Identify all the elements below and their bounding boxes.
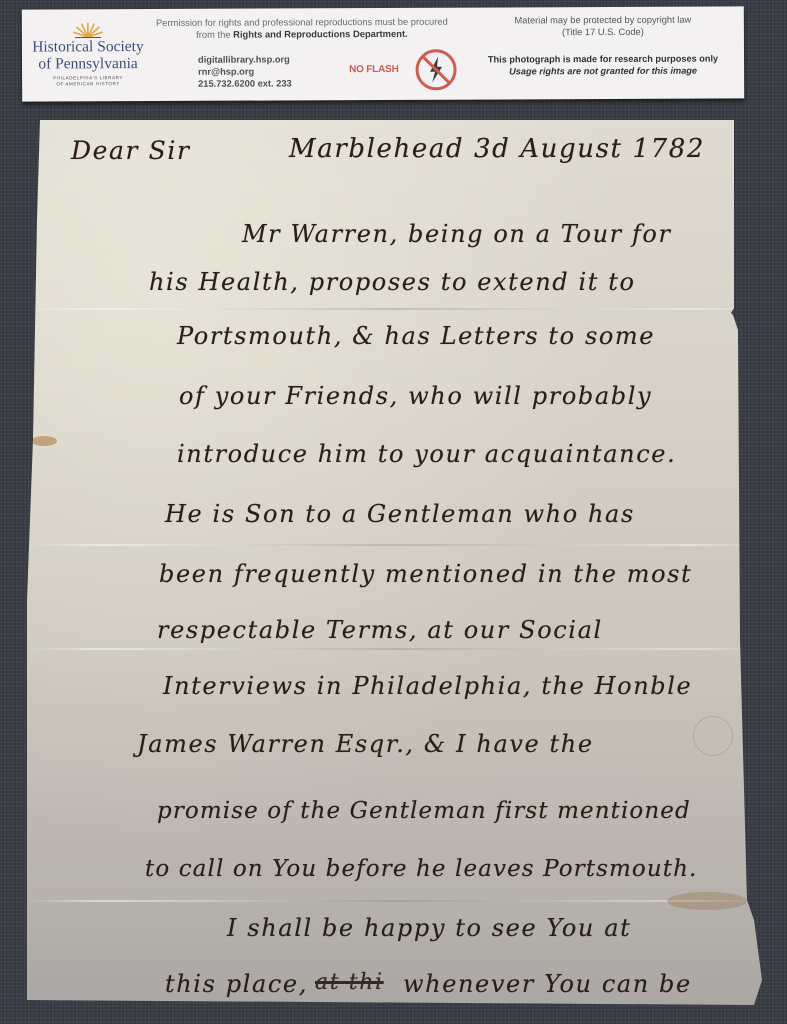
copyright-line2: (Title 17 U.S. Code) [472,25,734,38]
letter-line: He is Son to a Gentleman who has [165,500,635,528]
paper-fold [27,308,765,310]
letter-line: to call on You before he leaves Portsmou… [145,856,697,882]
logo-name-line1: Historical Society [28,39,148,56]
letter-line: Interviews in Philadelphia, the Honble [163,672,692,700]
permission-department: Rights and Reproductions Department. [233,28,408,40]
contact-info: digitallibrary.hsp.org rnr@hsp.org 215.7… [198,53,292,89]
paper-fold [27,900,765,902]
letter-line: of your Friends, who will probably [179,382,652,410]
contact-phone: 215.732.6200 ext. 233 [198,77,292,89]
copyright-notice: Material may be protected by copyright l… [472,13,734,38]
salutation: Dear Sir [71,136,191,165]
research-line2: Usage rights are not granted for this im… [472,64,734,77]
paper-fold [27,648,765,650]
no-flash-icon [414,48,458,92]
research-line1: This photograph is made for research pur… [472,52,734,65]
dateline: Marblehead 3d August 1782 [289,134,705,164]
sunrise-logo-icon [71,21,105,38]
letter-line: respectable Terms, at our Social [157,616,603,644]
letter-line: Mr Warren, being on a Tour for [242,220,672,248]
logo-tagline-line2: of American History [28,81,148,88]
struck-word: at thi [315,970,384,995]
letter-line: I shall be happy to see You at [227,914,631,942]
letter-line: whenever You can be [403,970,692,998]
handwritten-letter: Dear Sir Marblehead 3d August 1782 Mr Wa… [27,120,765,1007]
research-notice: This photograph is made for research pur… [472,52,734,77]
contact-website: digitallibrary.hsp.org [198,53,292,65]
letter-line: been frequently mentioned in the most [159,560,692,588]
hsp-logo: Historical Society of Pennsylvania Phila… [28,21,148,88]
contact-email: rnr@hsp.org [198,65,292,77]
paper-fold [27,544,765,546]
letter-line: James Warren Esqr., & I have the [137,730,594,758]
paper-stain [693,716,733,756]
paper-stain [667,892,747,910]
paper-stain [31,436,57,446]
letter-line: promise of the Gentleman first mentioned [157,798,691,824]
no-flash-label: NO FLASH [349,64,399,75]
letter-line: his Health, proposes to extend it to [149,268,636,296]
logo-name-line2: of Pennsylvania [28,56,148,73]
letter-line: introduce him to your acquaintance. [177,440,676,468]
archive-notice-strip: Historical Society of Pennsylvania Phila… [22,6,744,101]
copyright-line1: Material may be protected by copyright l… [472,13,734,26]
permission-notice: Permission for rights and professional r… [152,16,452,41]
letter-line: this place, [165,970,308,998]
letter-line: Portsmouth, & has Letters to some [177,322,655,350]
